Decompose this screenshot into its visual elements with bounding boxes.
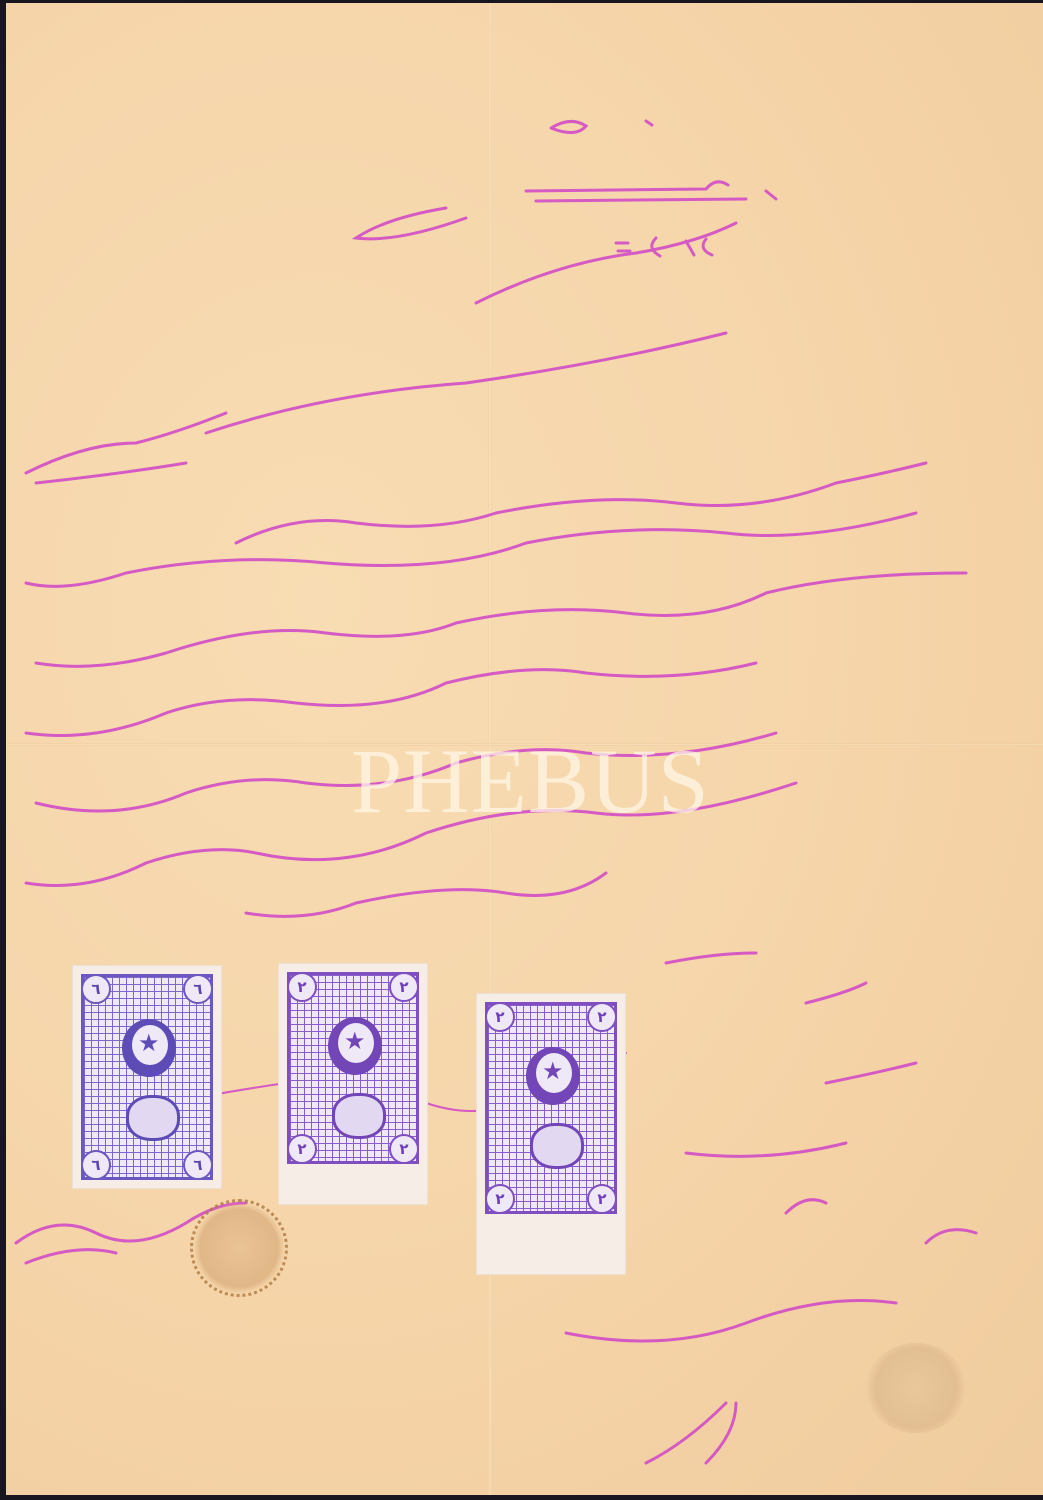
document-paper: ٦ ٦ ٦ ٦ ★ ٢ ٢ ٢ ٢ ★ ٢ ٢ ٢ ٢ ★ PHEBUS <box>6 3 1043 1495</box>
crescent-star-icon: ★ <box>526 1047 580 1105</box>
stamp-value: ٢ <box>389 1134 419 1164</box>
revenue-stamp-1: ٦ ٦ ٦ ٦ ★ <box>72 965 222 1189</box>
crescent-star-icon: ★ <box>122 1019 176 1077</box>
tughra-emblem-icon <box>530 1123 584 1169</box>
revenue-stamp-3: ٢ ٢ ٢ ٢ ★ <box>476 993 626 1275</box>
stamp-value: ٦ <box>81 974 111 1004</box>
revenue-stamp-2: ٢ ٢ ٢ ٢ ★ <box>278 963 428 1205</box>
stamp-value: ٦ <box>183 974 213 1004</box>
stamp-value: ٦ <box>81 1150 111 1180</box>
watermark: PHEBUS <box>351 728 710 834</box>
stamp-value: ٢ <box>485 1002 515 1032</box>
stamp-value: ٢ <box>587 1002 617 1032</box>
tughra-emblem-icon <box>332 1093 386 1139</box>
stamp-value: ٢ <box>389 972 419 1002</box>
crescent-star-icon: ★ <box>328 1017 382 1075</box>
stamp-value: ٢ <box>287 1134 317 1164</box>
stamp-value: ٢ <box>287 972 317 1002</box>
stamp-value: ٢ <box>485 1184 515 1214</box>
stamp-value: ٦ <box>183 1150 213 1180</box>
faint-seal-icon <box>866 1343 966 1433</box>
tughra-emblem-icon <box>126 1095 180 1141</box>
stamp-value: ٢ <box>587 1184 617 1214</box>
brown-seal-icon <box>190 1199 288 1297</box>
